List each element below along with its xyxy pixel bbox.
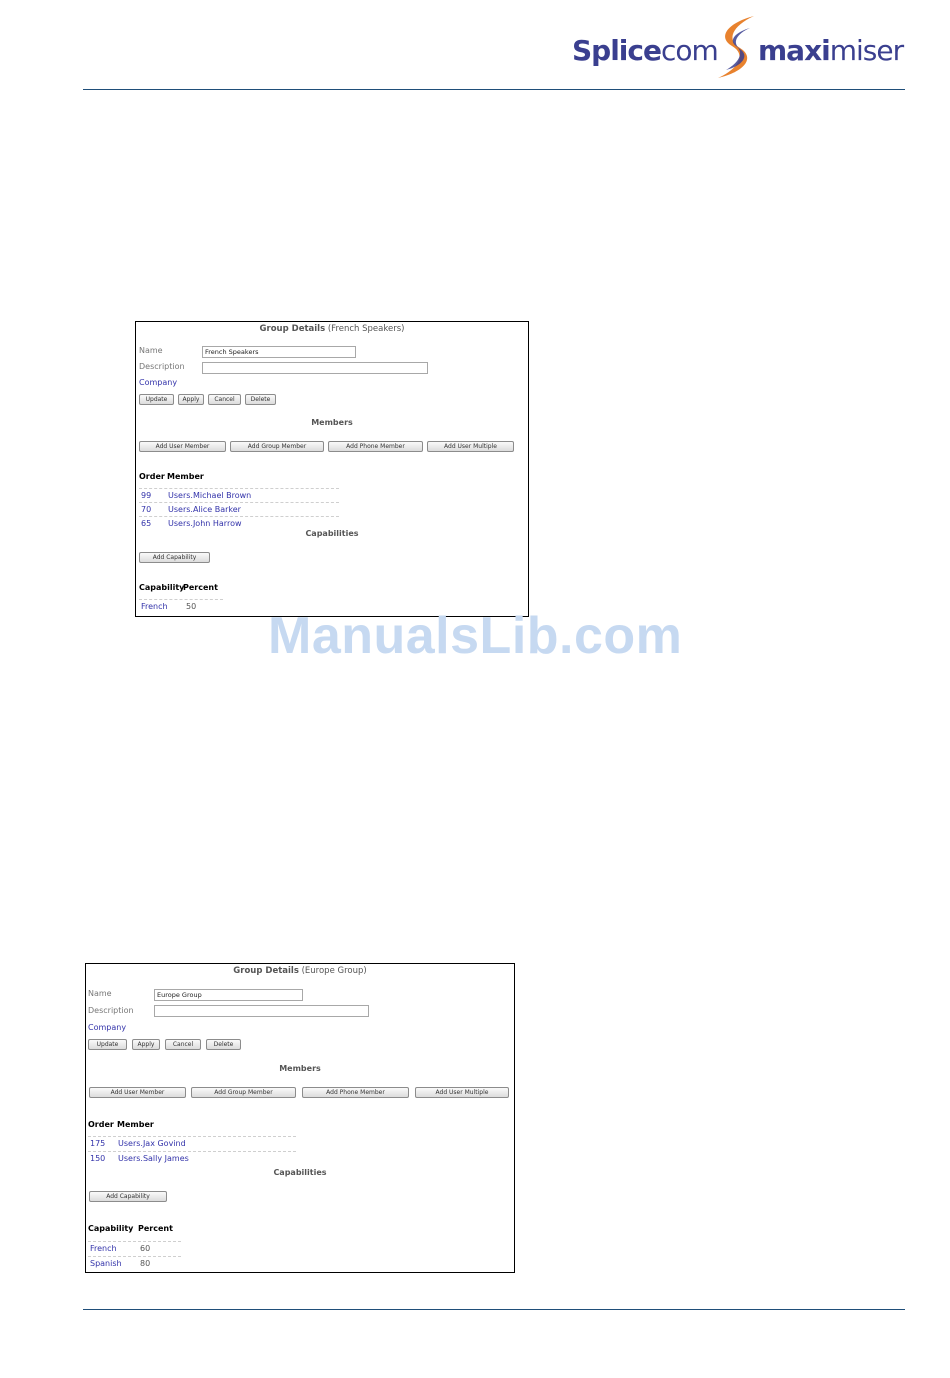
logo-splicecom-text: Splicecom xyxy=(572,34,718,67)
member-order[interactable]: 70 xyxy=(141,503,151,516)
add-group-member-button[interactable]: Add Group Member xyxy=(230,441,324,452)
apply-button[interactable]: Apply xyxy=(132,1039,160,1050)
cancel-button[interactable]: Cancel xyxy=(165,1039,201,1050)
capabilities-heading: Capabilities xyxy=(136,529,528,538)
apply-button[interactable]: Apply xyxy=(178,394,204,405)
name-label: Name xyxy=(139,346,163,355)
update-button[interactable]: Update xyxy=(139,394,174,405)
description-label: Description xyxy=(139,362,185,371)
capability-percent: 80 xyxy=(140,1257,150,1270)
members-table-header: OrderMember xyxy=(88,1120,154,1129)
add-user-member-button[interactable]: Add User Member xyxy=(139,441,226,452)
members-heading: Members xyxy=(136,418,528,427)
member-order[interactable]: 150 xyxy=(90,1152,105,1165)
column-percent: Percent xyxy=(138,1224,173,1233)
table-row[interactable]: French 60 xyxy=(88,1241,181,1255)
company-link[interactable]: Company xyxy=(139,378,177,387)
table-row[interactable]: 70 Users.Alice Barker xyxy=(139,502,339,516)
description-input[interactable] xyxy=(202,362,428,374)
member-order[interactable]: 99 xyxy=(141,489,151,502)
update-button[interactable]: Update xyxy=(88,1039,127,1050)
column-capability: Capability xyxy=(139,583,183,592)
column-order: Order xyxy=(139,472,167,481)
group-details-panel-french-speakers: Group Details (French Speakers) Name Fre… xyxy=(135,321,529,617)
name-input[interactable]: French Speakers xyxy=(202,346,356,358)
group-details-panel-europe-group: Group Details (Europe Group) Name Europe… xyxy=(85,963,515,1273)
table-row[interactable]: French 50 xyxy=(139,599,223,613)
add-user-multiple-button[interactable]: Add User Multiple xyxy=(415,1087,509,1098)
add-user-member-button[interactable]: Add User Member xyxy=(89,1087,186,1098)
capabilities-heading: Capabilities xyxy=(86,1168,514,1177)
column-capability: Capability xyxy=(88,1224,138,1233)
panel-title: Group Details (French Speakers) xyxy=(136,324,528,334)
capability-percent: 50 xyxy=(186,600,196,613)
table-row[interactable]: Spanish 80 xyxy=(88,1256,181,1270)
delete-button[interactable]: Delete xyxy=(245,394,276,405)
column-order: Order xyxy=(88,1120,117,1129)
table-row[interactable]: 65 Users.John Harrow xyxy=(139,516,339,530)
add-capability-button[interactable]: Add Capability xyxy=(139,552,210,563)
company-link[interactable]: Company xyxy=(88,1023,126,1032)
capability-percent: 60 xyxy=(140,1242,150,1255)
member-name[interactable]: Users.Jax Govind xyxy=(118,1137,186,1150)
column-member: Member xyxy=(117,1120,154,1129)
swoosh-s-icon xyxy=(710,14,762,80)
column-percent: Percent xyxy=(183,583,218,592)
logo-maximiser-text: maximiser xyxy=(758,34,903,67)
description-label: Description xyxy=(88,1006,134,1015)
members-heading: Members xyxy=(86,1064,514,1073)
delete-button[interactable]: Delete xyxy=(206,1039,241,1050)
add-phone-member-button[interactable]: Add Phone Member xyxy=(328,441,423,452)
description-input[interactable] xyxy=(154,1005,369,1017)
member-order[interactable]: 175 xyxy=(90,1137,105,1150)
add-capability-button[interactable]: Add Capability xyxy=(89,1191,167,1202)
panel-title: Group Details (Europe Group) xyxy=(86,966,514,976)
cancel-button[interactable]: Cancel xyxy=(208,394,241,405)
add-phone-member-button[interactable]: Add Phone Member xyxy=(302,1087,409,1098)
name-label: Name xyxy=(88,989,112,998)
splicecom-maximiser-logo: Splicecom maximiser xyxy=(570,14,905,80)
member-name[interactable]: Users.Sally James xyxy=(118,1152,189,1165)
capability-name[interactable]: French xyxy=(90,1242,117,1255)
add-user-multiple-button[interactable]: Add User Multiple xyxy=(427,441,514,452)
capability-name[interactable]: French xyxy=(141,600,168,613)
footer-rule xyxy=(83,1309,905,1310)
name-input[interactable]: Europe Group xyxy=(154,989,303,1001)
column-member: Member xyxy=(167,472,204,481)
member-name[interactable]: Users.Michael Brown xyxy=(168,489,251,502)
table-row[interactable]: 175 Users.Jax Govind xyxy=(88,1136,296,1150)
capability-name[interactable]: Spanish xyxy=(90,1257,122,1270)
table-row[interactable]: 99 Users.Michael Brown xyxy=(139,488,339,502)
capabilities-table-header: CapabilityPercent xyxy=(88,1224,173,1233)
capabilities-table-header: CapabilityPercent xyxy=(139,583,218,592)
add-group-member-button[interactable]: Add Group Member xyxy=(191,1087,296,1098)
header-rule xyxy=(83,89,905,90)
members-table-header: OrderMember xyxy=(139,472,204,481)
member-name[interactable]: Users.Alice Barker xyxy=(168,503,241,516)
table-row[interactable]: 150 Users.Sally James xyxy=(88,1151,296,1165)
